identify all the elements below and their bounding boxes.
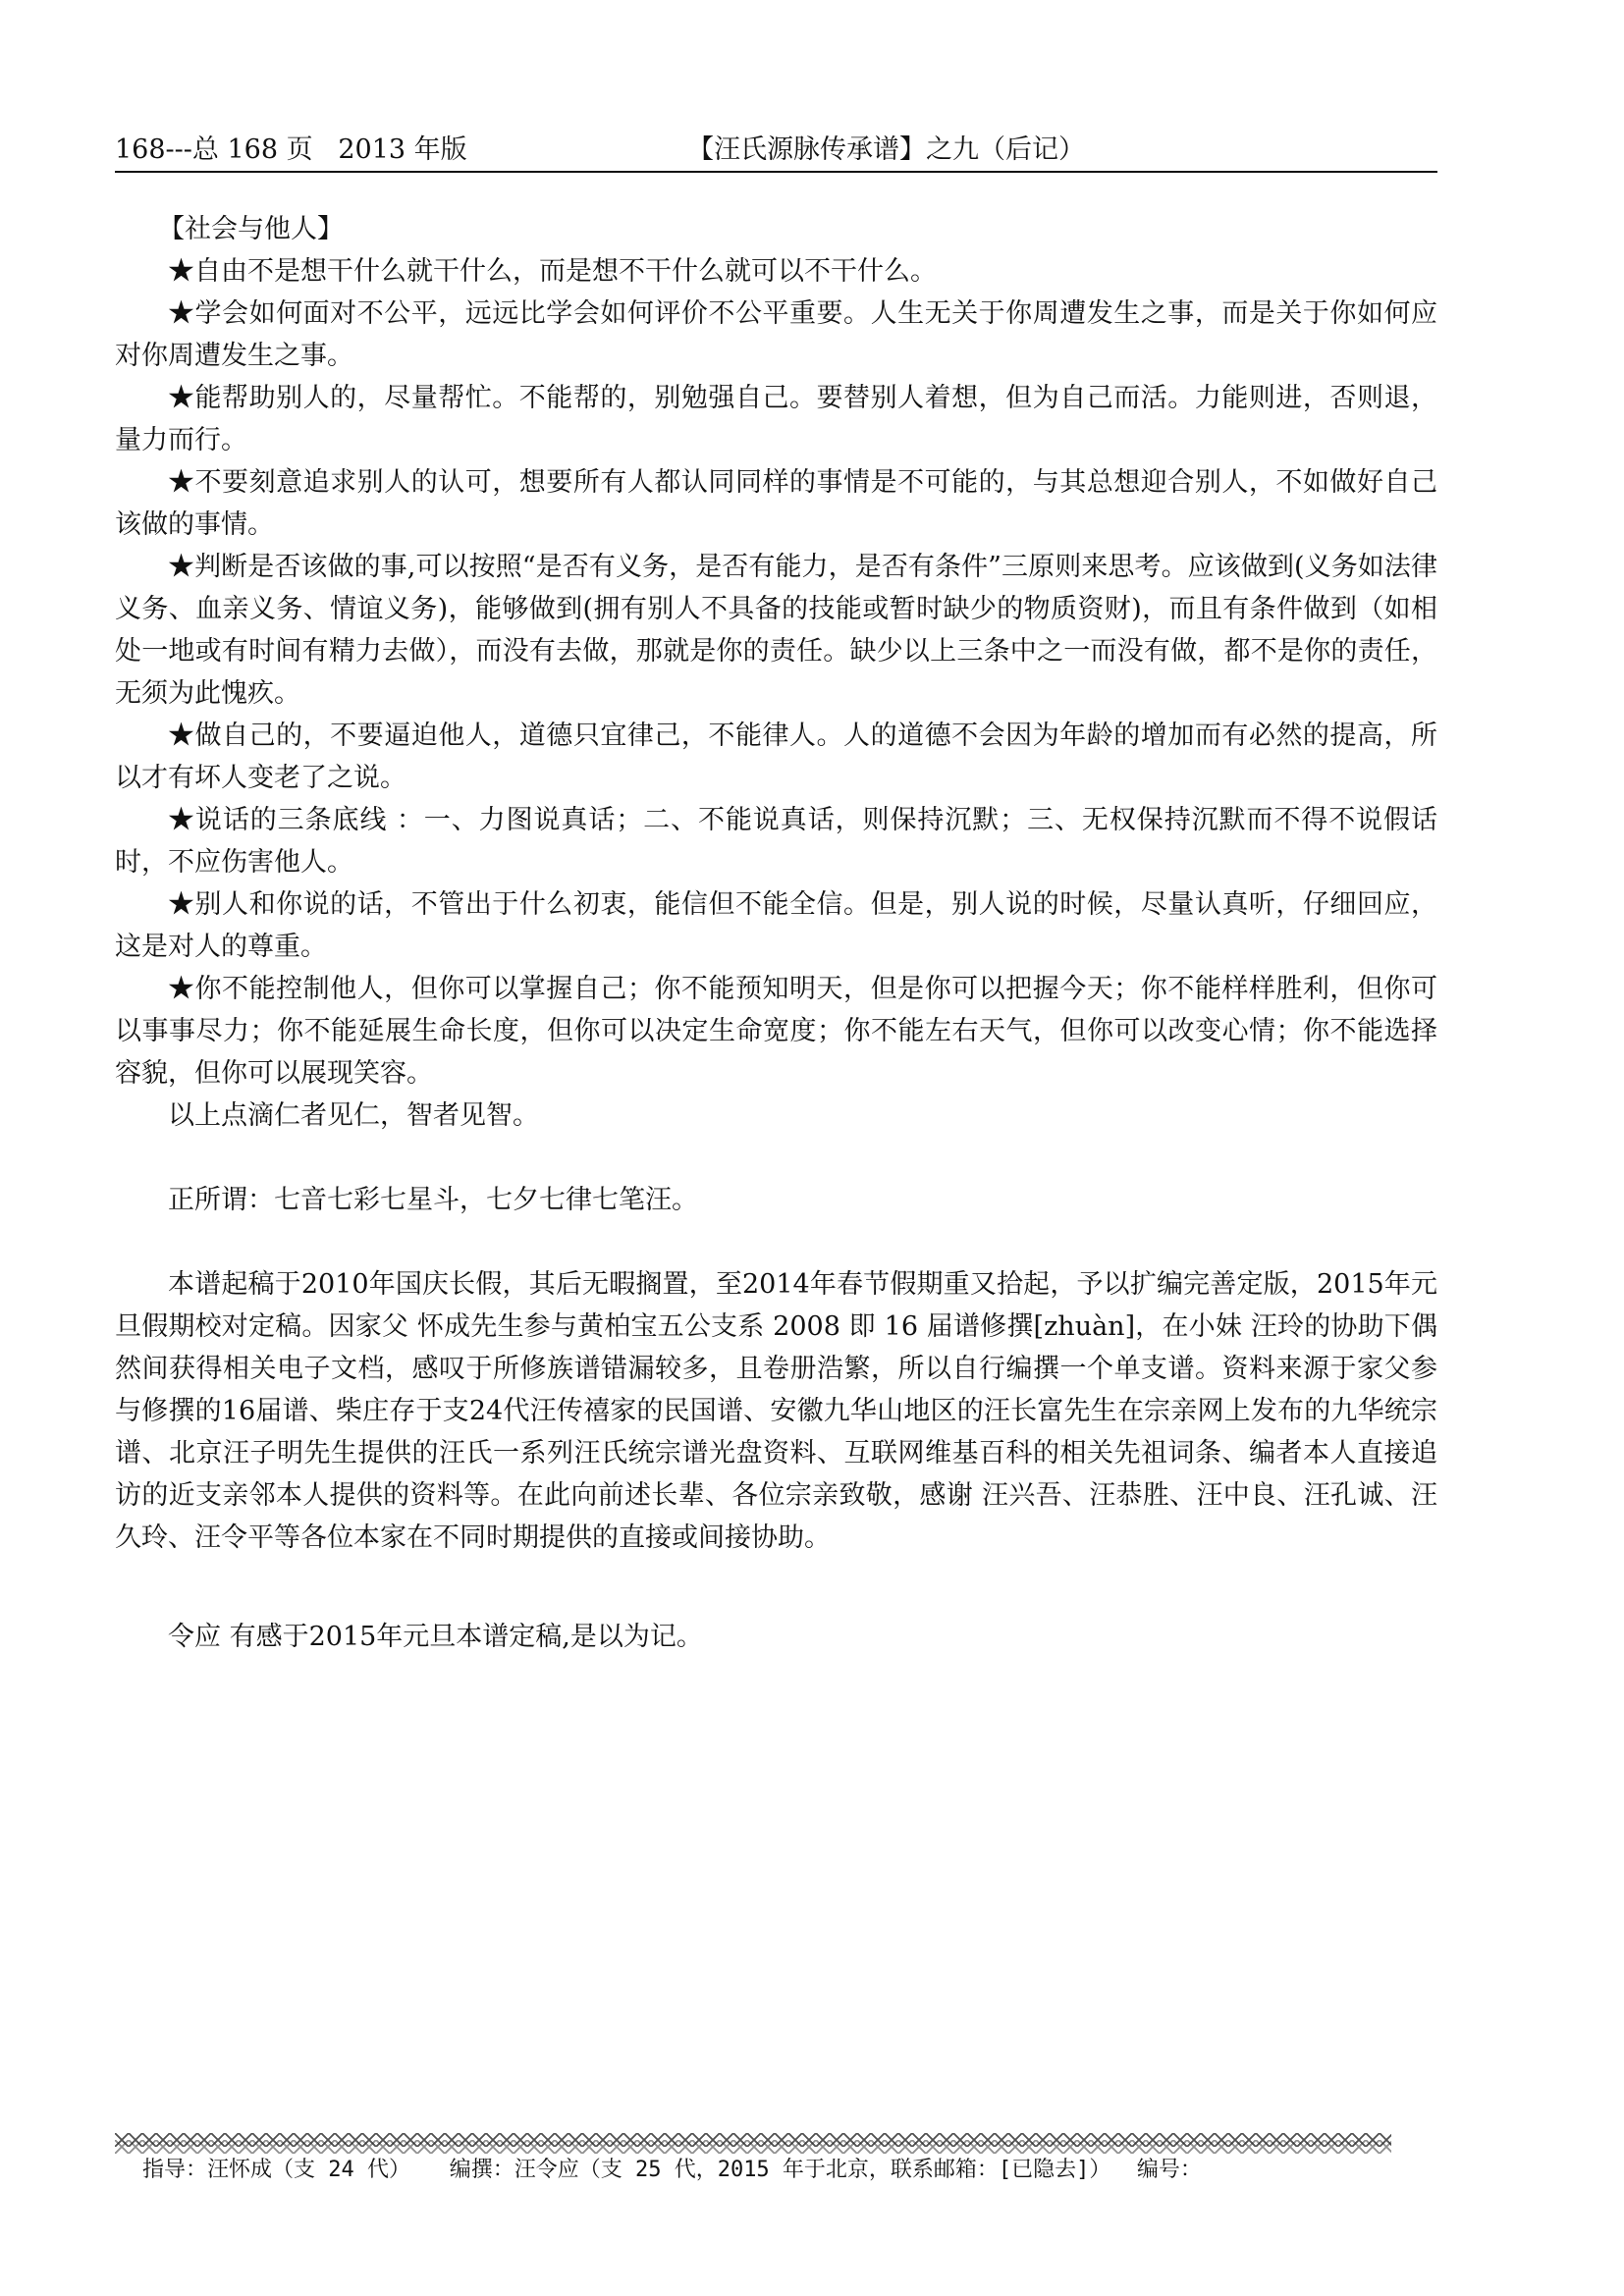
aphorism-paragraph: ★不要刻意追求别人的认可，想要所有人都认同同样的事情是不可能的，与其总想迎合别人… xyxy=(115,461,1437,546)
afterword-paragraph: 本谱起稿于2010年国庆长假，其后无暇搁置，至2014年春节假期重又拾起，予以扩… xyxy=(115,1263,1437,1559)
page-number-info: 168---总 168 页 2013 年版 xyxy=(115,133,467,168)
saying: 正所谓：七音七彩七星斗，七夕七律七笔汪。 xyxy=(115,1179,1437,1221)
signature-line: 令应 有感于2015年元旦本谱定稿,是以为记。 xyxy=(115,1616,1437,1658)
page-footer: 指导：汪怀成（支 24 代） 编撰：汪令应（支 25 代，2015 年于北京，联… xyxy=(142,2156,1438,2185)
section-title: 【社会与他人】 xyxy=(115,208,1437,250)
aphorism-paragraph: ★自由不是想干什么就干什么，而是想不干什么就可以不干什么。 xyxy=(115,250,1437,293)
page-body: 【社会与他人】 ★自由不是想干什么就干什么，而是想不干什么就可以不干什么。 ★学… xyxy=(115,208,1437,1658)
aphorism-paragraph: ★你不能控制他人，但你可以掌握自己；你不能预知明天，但是你可以把握今天；你不能样… xyxy=(115,968,1437,1095)
page-header: 168---总 168 页 2013 年版 【汪氏源脉传承谱】之九（后记） xyxy=(115,133,1437,168)
aphorism-paragraph: ★能帮助别人的，尽量帮忙。不能帮的，别勉强自己。要替别人着想，但为自己而活。力能… xyxy=(115,377,1437,461)
aphorism-paragraph: ★判断是否该做的事,可以按照“是否有义务，是否有能力，是否有条件”三原则来思考。… xyxy=(115,546,1437,715)
aphorism-paragraph: ★做自己的，不要逼迫他人，道德只宜律己，不能律人。人的道德不会因为年龄的增加而有… xyxy=(115,715,1437,799)
document-title: 【汪氏源脉传承谱】之九（后记） xyxy=(687,133,1085,168)
aphorism-paragraph: ★说话的三条底线 ：一、力图说真话；二、不能说真话，则保持沉默；三、无权保持沉默… xyxy=(115,799,1437,883)
closing-remark: 以上点滴仁者见仁，智者见智。 xyxy=(115,1095,1437,1137)
aphorism-paragraph: ★学会如何面对不公平，远远比学会如何评价不公平重要。人生无关于你周遭发生之事，而… xyxy=(115,293,1437,377)
aphorism-paragraph: ★别人和你说的话，不管出于什么初衷，能信但不能全信。但是，别人说的时候，尽量认真… xyxy=(115,883,1437,968)
footer-decorative-border xyxy=(115,2140,1391,2154)
header-divider xyxy=(115,171,1437,173)
